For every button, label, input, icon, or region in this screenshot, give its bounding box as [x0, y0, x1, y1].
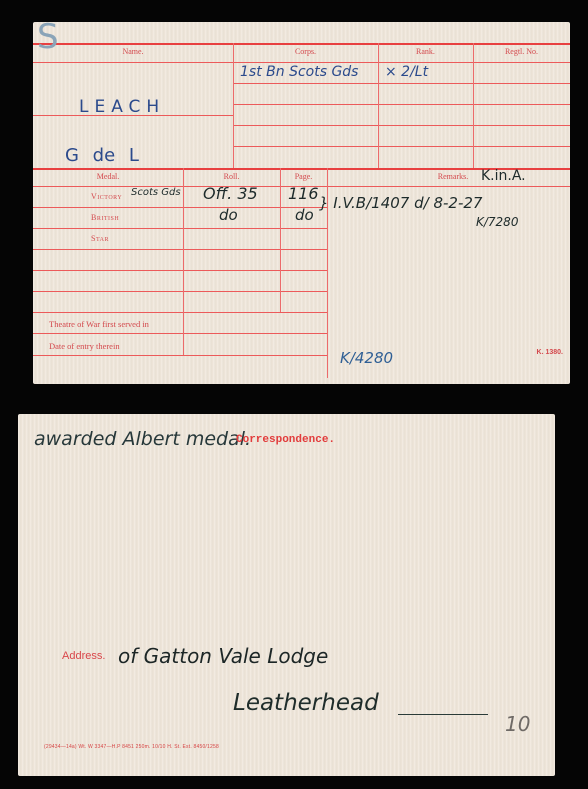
form-number: K. 1380. [513, 349, 563, 356]
address-line-1: of Gatton Vale Lodge [118, 646, 328, 666]
medal-index-card-front: S Name. Corps. Rank. Regtl. No. LEACH G … [33, 22, 570, 384]
medal-index-card-back: awarded Albert medal. Correspondence. Ad… [18, 414, 555, 776]
rule [33, 62, 570, 63]
entry-date-label: Date of entry therein [49, 341, 120, 351]
victory-roll: Off. 35 [203, 186, 258, 202]
medal-row-british: British [91, 213, 119, 222]
theatre-label: Theatre of War first served in [49, 319, 149, 329]
rule [233, 104, 570, 105]
address-label: Address. [62, 650, 105, 662]
correspondence-text: awarded Albert medal. [34, 430, 251, 449]
rule [33, 249, 327, 250]
rule [378, 43, 379, 169]
british-page: do [295, 208, 314, 223]
medal-header: Medal. [33, 172, 183, 181]
remarks-header: Remarks. [423, 172, 483, 181]
medal-row-victory: Victory [91, 192, 122, 201]
rank-value: × 2/Lt [385, 65, 428, 79]
roll-header: Roll. [183, 172, 280, 181]
regt-no-header: Regtl. No. [473, 47, 570, 56]
rule [33, 43, 570, 45]
victory-note: Scots Gds [131, 188, 181, 198]
medal-row-star: Star [91, 234, 109, 243]
rule [280, 168, 281, 312]
rule [233, 125, 570, 126]
rule [33, 228, 327, 229]
victory-page: 116 [288, 186, 319, 202]
rule [33, 270, 327, 271]
rule [233, 83, 570, 84]
surname: LEACH [79, 99, 165, 116]
rule [33, 207, 327, 208]
page-header: Page. [280, 172, 327, 181]
rule [233, 146, 570, 147]
remarks-kia: K.in.A. [481, 169, 526, 183]
corps-header: Corps. [233, 47, 378, 56]
printer-line: (29434—14a) Wt. W 3347—H.P 8451 250m. 10… [44, 744, 219, 750]
rule [33, 291, 327, 292]
pencil-mark: 10 [505, 714, 530, 734]
remarks-line-1: } I.V.B/1407 d/ 8-2-27 [319, 196, 482, 211]
rule [183, 168, 184, 355]
rank-header: Rank. [378, 47, 473, 56]
remarks-line-2: K/7280 [476, 216, 518, 228]
rule [33, 355, 327, 356]
initials: G de L [65, 147, 139, 165]
rule [33, 333, 327, 334]
correspondence-label: Correspondence. [236, 434, 335, 446]
flourish-line [398, 714, 488, 715]
rule [473, 43, 474, 169]
address-line-2: Leatherhead [233, 692, 379, 715]
british-roll: do [219, 208, 238, 223]
rule [233, 43, 234, 169]
rule [33, 312, 327, 313]
corps-value: 1st Bn Scots Gds [240, 65, 358, 79]
reference-number: K/4280 [340, 351, 393, 366]
name-header: Name. [33, 47, 233, 56]
